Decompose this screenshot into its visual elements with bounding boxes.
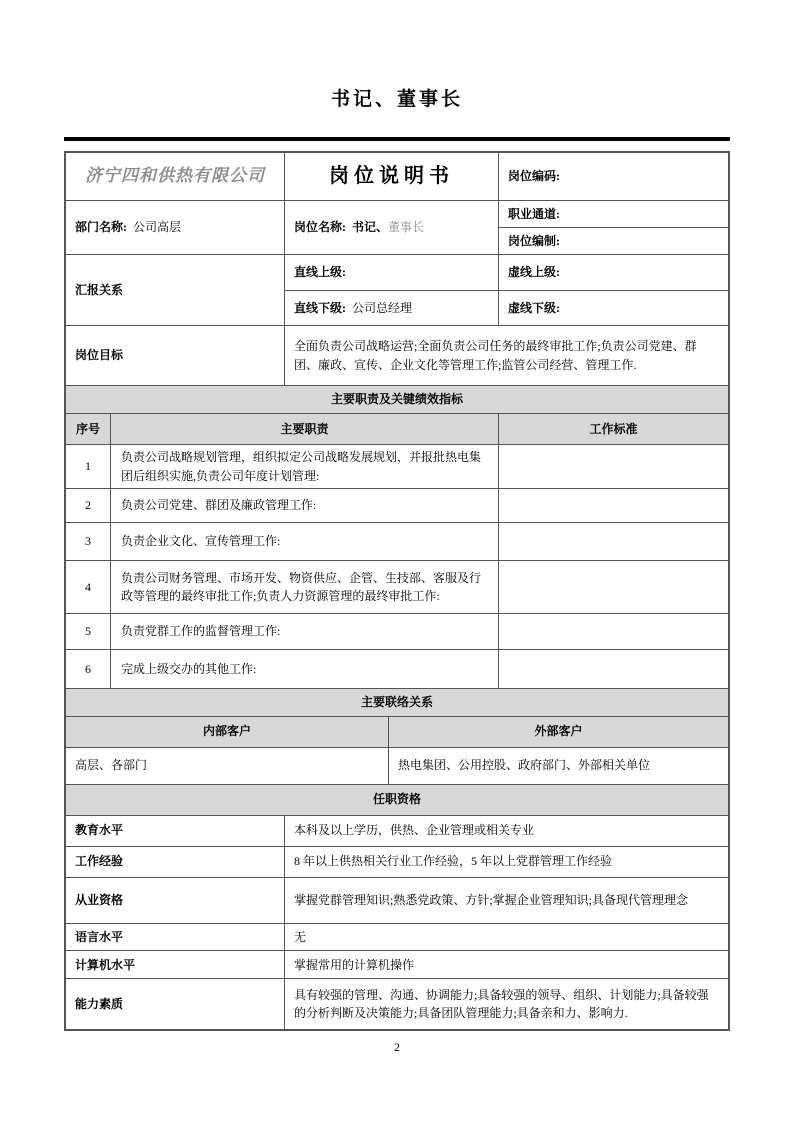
duty-no: 1 [66,445,110,488]
qualification-label: 计算机水平 [66,951,284,978]
duty-standard-cell [498,561,728,613]
dotted-superior-label: 虚线上级: [498,255,728,290]
objective-text: 全面负责公司战略运营;全面负责公司任务的最终审批工作;负责公司党建、群团、廉政、… [284,326,728,385]
qualification-value: 掌握常用的计算机操作 [284,951,728,978]
qualification-label: 教育水平 [66,816,284,846]
department-cell: 部门名称: 公司高层 [66,201,284,254]
post-name-label: 岗位名称: [294,218,346,237]
qualification-value: 无 [284,924,728,951]
internal-clients-header: 内部客户 [66,717,388,747]
duties-section-title: 主要职责及关键绩效指标 [66,386,728,413]
duty-row: 6 完成上级交办的其他工作: [66,649,728,688]
duties-col-duty-header: 主要职责 [110,414,498,444]
duty-row: 5 负责党群工作的监督管理工作: [66,613,728,649]
table-row: 济宁四和供热有限公司 岗位说明书 岗位编码: [66,153,728,200]
direct-superior-label: 直线上级: [284,255,498,290]
document-page: 书记、董事长 济宁四和供热有限公司 岗位说明书 岗位编码: 部门名称: 公司高层… [0,0,794,1123]
table-row: 内部客户 外部客户 [66,716,728,747]
qualification-row: 从业资格 掌握党群管理知识;熟悉党政策、方针;掌握企业管理知识;具备现代管理理念 [66,877,728,923]
table-row: 主要职责及关键绩效指标 [66,385,728,413]
qualification-row: 教育水平 本科及以上学历，供热、企业管理或相关专业 [66,815,728,846]
table-row: 部门名称: 公司高层 岗位名称: 书记、 董事长 职业通道: 岗位编制: [66,200,728,254]
direct-subordinate-cell: 直线下级: 公司总经理 [284,290,498,325]
duty-standard-cell [498,650,728,688]
duty-no: 2 [66,489,110,522]
duty-text: 负责公司战略规划管理，组织拟定公司战略发展规划，并报批热电集团后组织实施,负责公… [110,445,498,488]
duty-no: 5 [66,614,110,649]
qualification-value: 掌握党群管理知识;熟悉党政策、方针;掌握企业管理知识;具备现代管理理念 [284,878,728,923]
qualification-value: 本科及以上学历，供热、企业管理或相关专业 [284,816,728,846]
page-number: 2 [0,1040,794,1055]
duty-row: 1 负责公司战略规划管理，组织拟定公司战略发展规划，并报批热电集团后组织实施,负… [66,444,728,488]
duty-text: 负责公司财务管理、市场开发、物资供应、企管、生技部、客服及行政等管理的最终审批工… [110,561,498,613]
duties-col-no-header: 序号 [66,414,110,444]
duty-row: 3 负责企业文化、宣传管理工作: [66,522,728,560]
qualification-value: 8 年以上供热相关行业工作经验，5 年以上党群管理工作经验 [284,847,728,877]
internal-clients-value: 高层、各部门 [66,748,388,784]
channel-establishment-cell: 职业通道: 岗位编制: [498,201,728,254]
duty-standard-cell [498,445,728,488]
duty-standard-cell [498,489,728,522]
job-description-table: 济宁四和供热有限公司 岗位说明书 岗位编码: 部门名称: 公司高层 岗位名称: … [64,151,730,1031]
duty-row: 4 负责公司财务管理、市场开发、物资供应、企管、生技部、客服及行政等管理的最终审… [66,560,728,613]
establishment-label: 岗位编制: [499,227,728,254]
qualification-row: 计算机水平 掌握常用的计算机操作 [66,950,728,978]
duty-no: 3 [66,523,110,560]
duty-text: 完成上级交办的其他工作: [110,650,498,688]
duty-standard-cell [498,523,728,560]
dotted-subordinate-label: 虚线下级: [498,290,728,325]
post-code-label: 岗位编码: [498,153,728,200]
qualification-row: 工作经验 8 年以上供热相关行业工作经验，5 年以上党群管理工作经验 [66,846,728,877]
reporting-relations-label: 汇报关系 [66,255,284,325]
duties-col-standard-header: 工作标准 [498,414,728,444]
qualification-label: 语言水平 [66,924,284,951]
direct-subordinate-value: 公司总经理 [352,299,412,318]
qualification-row: 能力素质 具有较强的管理、沟通、协调能力;具备较强的领导、组织、计划能力;具备较… [66,978,728,1029]
external-clients-value: 热电集团、公用控股、政府部门、外部相关单位 [388,748,728,784]
qualification-label: 工作经验 [66,847,284,877]
qualification-label: 从业资格 [66,878,284,923]
duty-text: 负责公司党建、群团及廉政管理工作: [110,489,498,522]
duty-no: 4 [66,561,110,613]
duty-no: 6 [66,650,110,688]
table-row: 高层、各部门 热电集团、公用控股、政府部门、外部相关单位 [66,747,728,784]
table-row: 任职资格 [66,784,728,815]
contacts-section-title: 主要联络关系 [66,689,728,716]
duty-standard-cell [498,614,728,649]
sheet-title: 岗位说明书 [284,153,498,200]
table-row: 主要联络关系 [66,688,728,716]
title-divider-rule [64,137,730,141]
qualification-label: 能力素质 [66,979,284,1029]
post-name-value-bold: 书记、 [352,218,388,237]
external-clients-header: 外部客户 [388,717,728,747]
post-name-cell: 岗位名称: 书记、 董事长 [284,201,498,254]
duty-text: 负责企业文化、宣传管理工作: [110,523,498,560]
duty-row: 2 负责公司党建、群团及廉政管理工作: [66,488,728,522]
career-channel-label: 职业通道: [499,201,728,227]
table-row: 汇报关系 直线上级: 虚线上级: 直线下级: 公司总经理 虚线下级: [66,254,728,325]
department-label: 部门名称: [75,218,127,237]
department-value: 公司高层 [133,218,181,237]
qualification-value: 具有较强的管理、沟通、协调能力;具备较强的领导、组织、计划能力;具备较强的分析判… [284,979,728,1029]
post-name-value: 董事长 [388,218,424,237]
qualification-row: 语言水平 无 [66,923,728,951]
company-name: 济宁四和供热有限公司 [66,153,284,200]
objective-label: 岗位目标 [66,326,284,385]
table-row: 序号 主要职责 工作标准 [66,413,728,444]
qualifications-section-title: 任职资格 [66,785,728,815]
table-row: 岗位目标 全面负责公司战略运营;全面负责公司任务的最终审批工作;负责公司党建、群… [66,325,728,385]
duty-text: 负责党群工作的监督管理工作: [110,614,498,649]
page-title: 书记、董事长 [64,84,730,111]
direct-subordinate-label: 直线下级: [294,299,346,318]
